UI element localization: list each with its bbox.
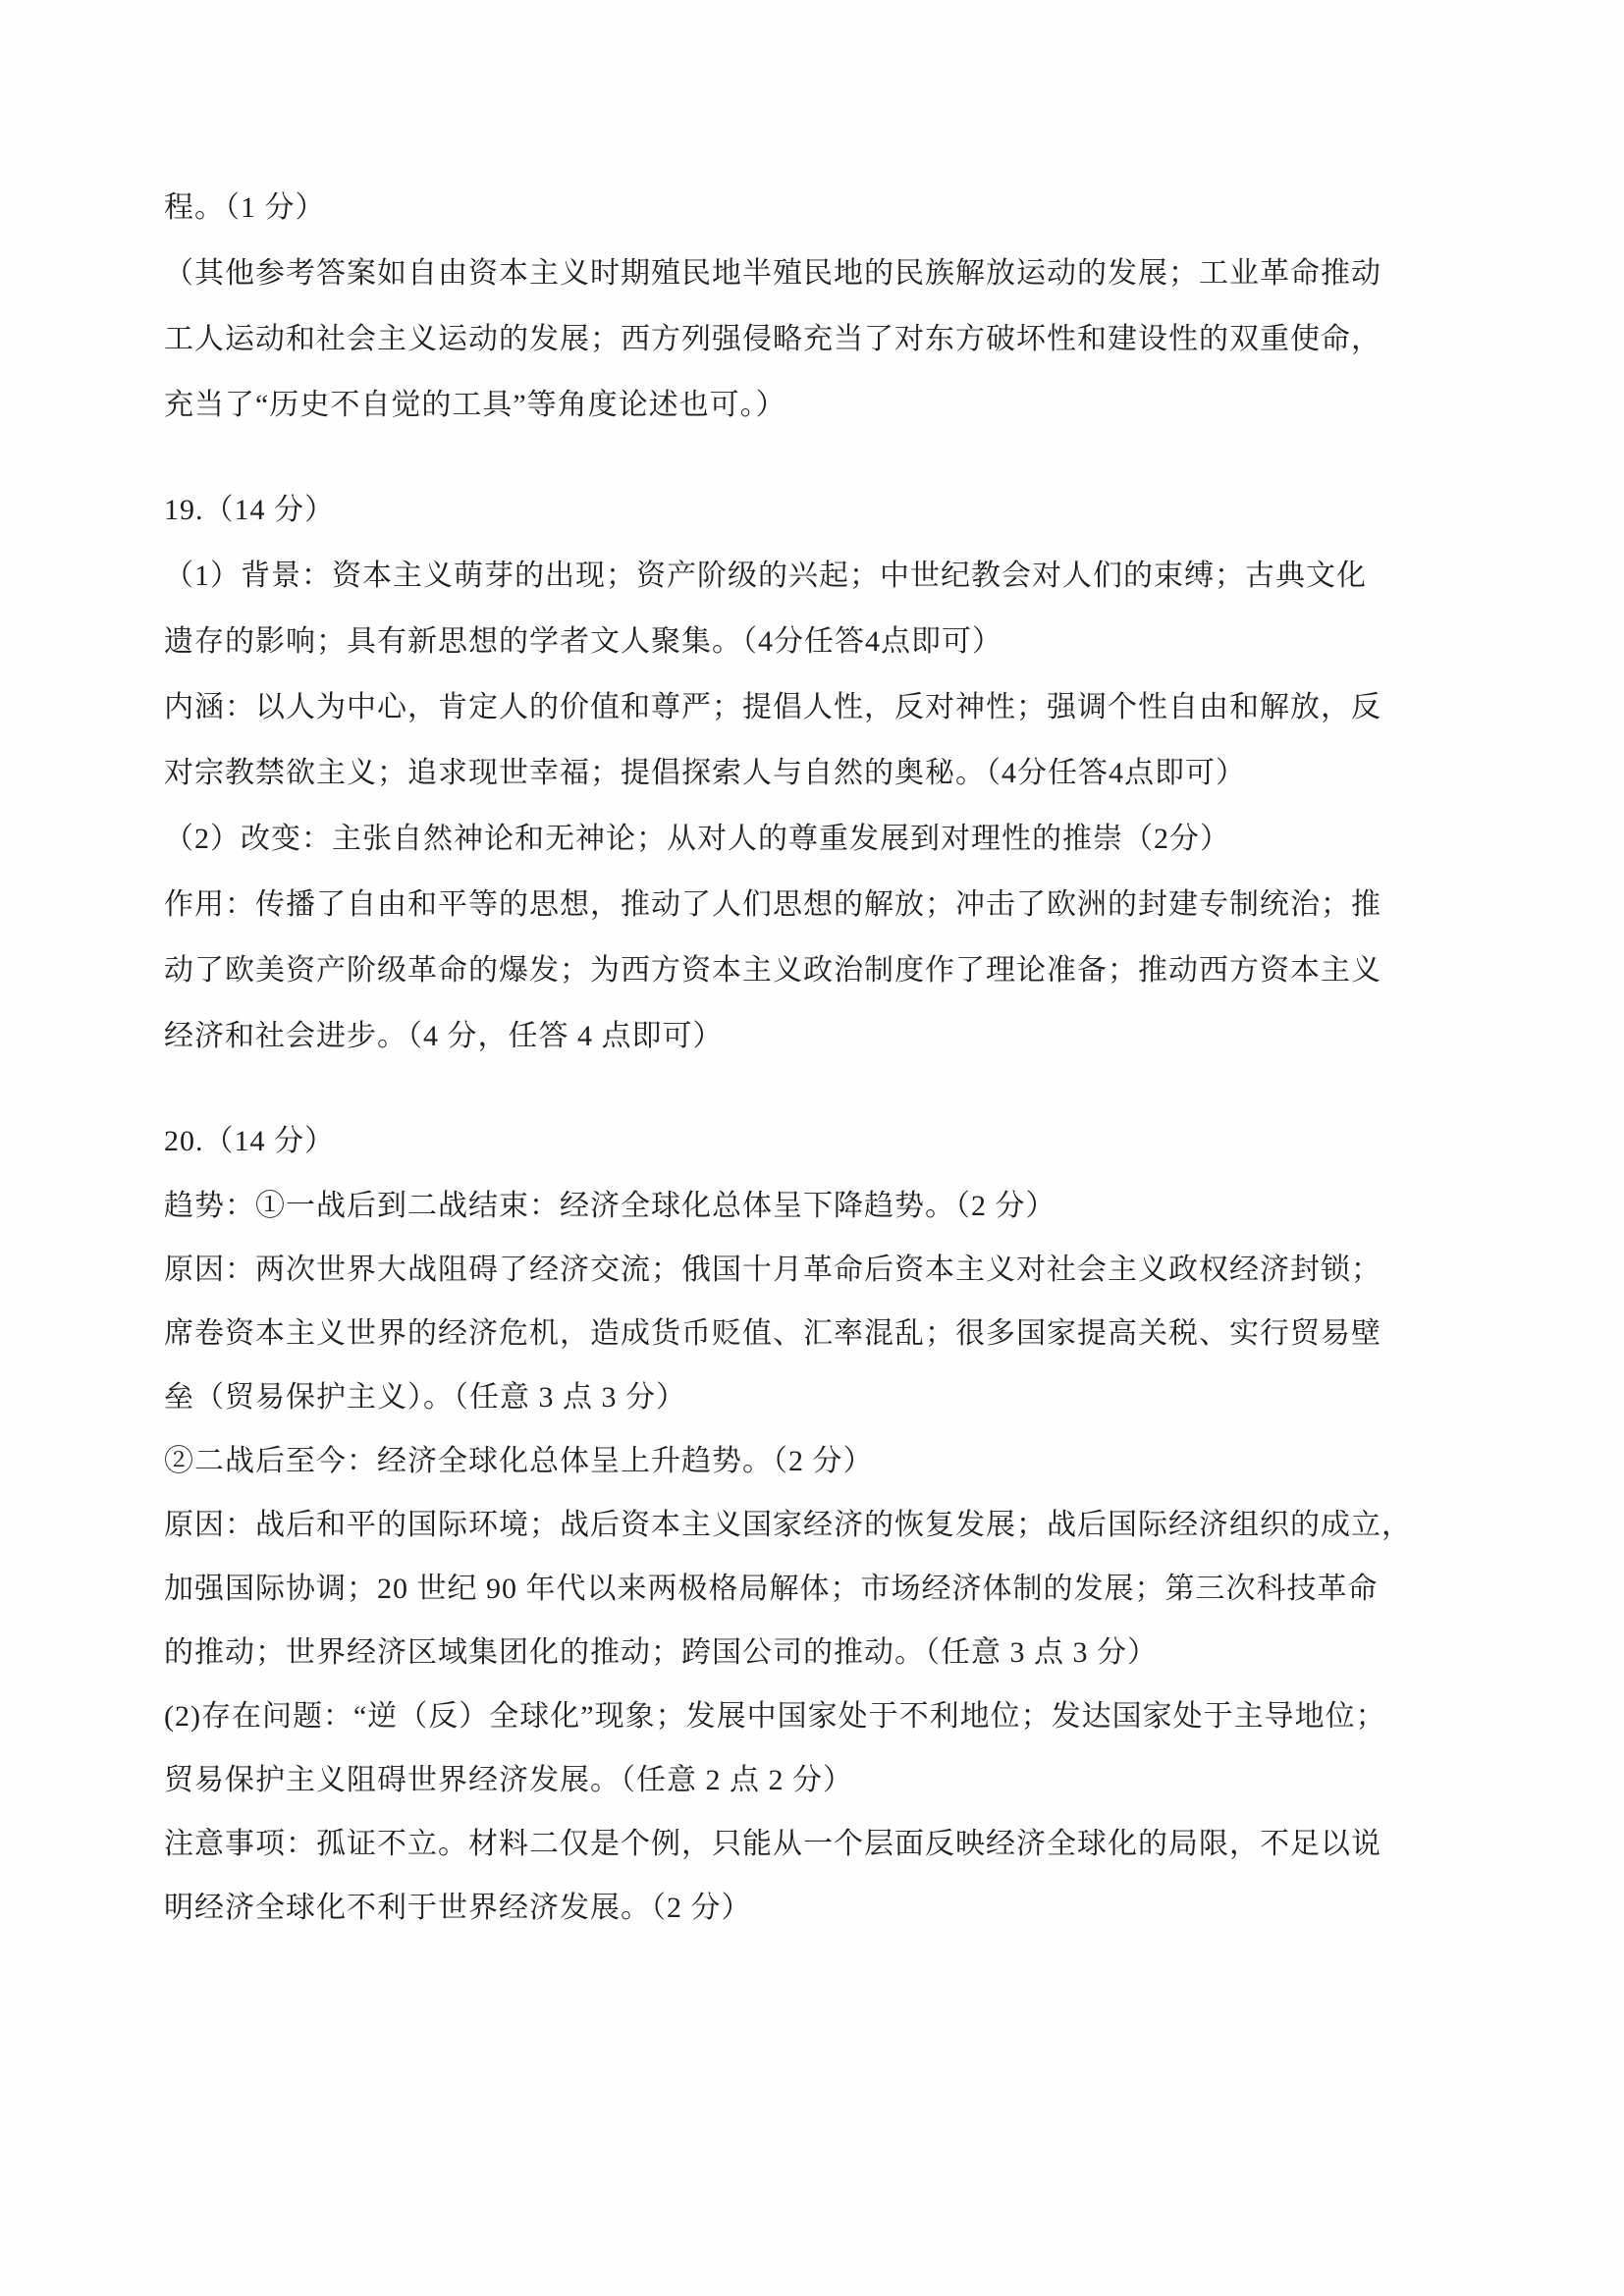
answer-19-section: 19.（14 分） （1）背景：资本主义萌芽的出现；资产阶级的兴起；中世纪教会对… — [164, 477, 1480, 1069]
answer-18-continuation-section: 程。（1 分） （其他参考答案如自由资本主义时期殖民地半殖民地的民族解放运动的发… — [164, 175, 1480, 438]
text-line: 对宗教禁欲主义；追求现世幸福；提倡探索人与自然的奥秘。（4分任答4点即可） — [164, 740, 1480, 806]
text-line: 明经济全球化不利于世界经济发展。（2 分） — [164, 1876, 1480, 1940]
text-line: (2)存在问题：“逆（反）全球化”现象；发展中国家处于不利地位；发达国家处于主导… — [164, 1684, 1480, 1748]
text-line: 内涵：以人为中心，肯定人的价值和尊严；提倡人性，反对神性；强调个性自由和解放，反 — [164, 674, 1480, 740]
text-line: ②二战后至今：经济全球化总体呈上升趋势。（2 分） — [164, 1429, 1480, 1493]
text-line: 程。（1 分） — [164, 175, 1480, 240]
text-line: 趋势：①一战后到二战结束：经济全球化总体呈下降趋势。（2 分） — [164, 1174, 1480, 1238]
document-page: 程。（1 分） （其他参考答案如自由资本主义时期殖民地半殖民地的民族解放运动的发… — [0, 0, 1624, 2296]
text-line: 原因：两次世界大战阻碍了经济交流；俄国十月革命后资本主义对社会主义政权经济封锁； — [164, 1238, 1480, 1302]
answer-20-section: 20.（14 分） 趋势：①一战后到二战结束：经济全球化总体呈下降趋势。（2 分… — [164, 1108, 1480, 1940]
text-line: 垒（贸易保护主义）。（任意 3 点 3 分） — [164, 1365, 1480, 1429]
question-19-heading: 19.（14 分） — [164, 477, 1480, 543]
text-line: 贸易保护主义阻碍世界经济发展。（任意 2 点 2 分） — [164, 1748, 1480, 1812]
text-line: （1）背景：资本主义萌芽的出现；资产阶级的兴起；中世纪教会对人们的束缚；古典文化 — [164, 543, 1480, 609]
text-line: 的推动；世界经济区域集团化的推动；跨国公司的推动。（任意 3 点 3 分） — [164, 1621, 1480, 1684]
document-content: 程。（1 分） （其他参考答案如自由资本主义时期殖民地半殖民地的民族解放运动的发… — [164, 175, 1480, 1940]
text-line: 充当了“历史不自觉的工具”等角度论述也可。） — [164, 372, 1480, 438]
text-line: 席卷资本主义世界的经济危机，造成货币贬值、汇率混乱；很多国家提高关税、实行贸易壁 — [164, 1302, 1480, 1365]
text-line: 加强国际协调；20 世纪 90 年代以来两极格局解体；市场经济体制的发展；第三次… — [164, 1557, 1480, 1621]
text-line: （其他参考答案如自由资本主义时期殖民地半殖民地的民族解放运动的发展；工业革命推动 — [164, 240, 1480, 306]
text-line: 经济和社会进步。（4 分，任答 4 点即可） — [164, 1003, 1480, 1069]
text-line: 遗存的影响；具有新思想的学者文人聚集。（4分任答4点即可） — [164, 609, 1480, 674]
text-line: （2）改变：主张自然神论和无神论；从对人的尊重发展到对理性的推崇（2分） — [164, 806, 1480, 872]
question-20-heading: 20.（14 分） — [164, 1108, 1480, 1174]
text-line: 原因：战后和平的国际环境；战后资本主义国家经济的恢复发展；战后国际经济组织的成立… — [164, 1493, 1480, 1557]
text-line: 工人运动和社会主义运动的发展；西方列强侵略充当了对东方破坏性和建设性的双重使命， — [164, 306, 1480, 372]
text-line: 动了欧美资产阶级革命的爆发；为西方资本主义政治制度作了理论准备；推动西方资本主义 — [164, 937, 1480, 1003]
text-line: 作用：传播了自由和平等的思想，推动了人们思想的解放；冲击了欧洲的封建专制统治；推 — [164, 872, 1480, 937]
text-line: 注意事项：孤证不立。材料二仅是个例，只能从一个层面反映经济全球化的局限，不足以说 — [164, 1812, 1480, 1876]
